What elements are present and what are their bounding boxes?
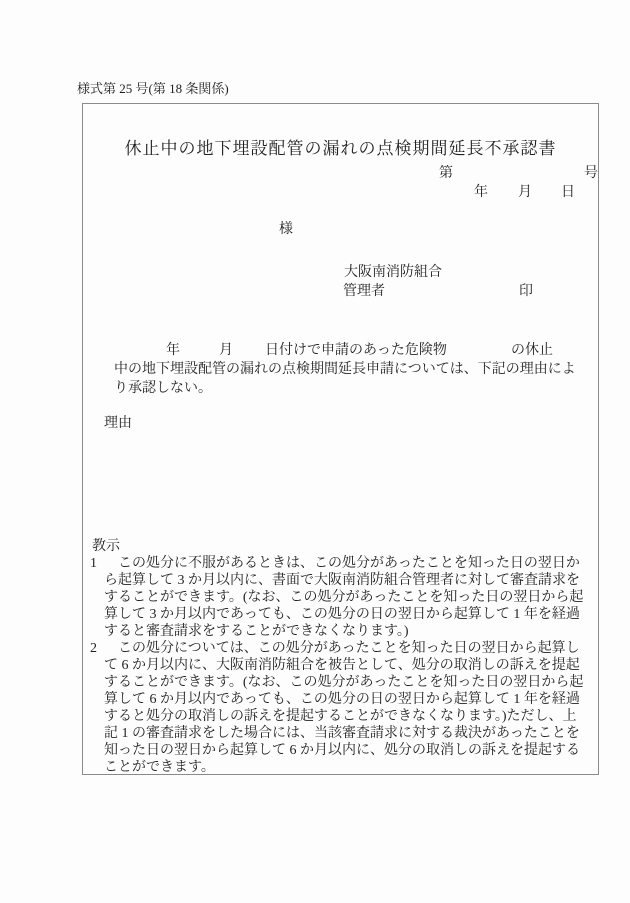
notice-item-1-line-1: 1 この処分に不服があるときは、この処分があったことを知った日の翌日か [83,555,600,572]
notice-item-2-line-8: ことができます。 [83,759,600,776]
notice-item-2-marker: 2 [90,640,97,657]
appeal-notice-section: 教示 1 この処分に不服があるときは、この処分があったことを知った日の翌日か ら… [83,538,600,776]
notice-item-1-marker: 1 [90,555,97,572]
document-title: 休止中の地下埋設配管の漏れの点検期間延長不承認書 [83,134,598,159]
issue-date-month-label: 月 [518,185,532,201]
doc-number-prefix: 第 [439,166,453,182]
notice-item-2-text: この処分については、この処分があったことを知った日の翌日から起算し [83,640,600,657]
notice-item-2-line-4: 算して 6 か月以内であっても、この処分の日の翌日から起算して 1 年を経過 [83,691,600,708]
notice-item-1-line-3: することができます。(なお、この処分があったことを知った日の翌日から起 [83,589,600,606]
body-line3-text: り承認しない。 [114,381,212,397]
notice-heading: 教示 [83,538,600,555]
notice-item-2-line-7: 知った日の翌日から起算して 6 か月以内に、処分の取消しの訴えを提起する [83,742,600,759]
addressee-honorific: 様 [279,222,293,238]
notice-item-1-text: この処分に不服があるときは、この処分があったことを知った日の翌日か [83,555,600,572]
notice-item-2-line-3: することができます。(なお、この処分があったことを知った日の翌日から起 [83,674,600,691]
document-frame: 休止中の地下埋設配管の漏れの点検期間延長不承認書 第 号 年 月 日 様 大阪南… [82,103,599,775]
notice-item-2-line-6: 記 1 の審査請求をした場合には、当該審査請求に対する裁決があったことを [83,725,600,742]
form-number-label: 様式第 25 号(第 18 条関係) [77,81,229,97]
notice-item-1-line-2: ら起算して 3 か月以内に、書面で大阪南消防組合管理者に対して審査請求を [83,572,600,589]
issue-date-year-label: 年 [474,185,488,201]
notice-item-1-line-4: 算して 3 か月以内であっても、この処分の日の翌日から起算して 1 年を経過 [83,606,600,623]
notice-item-2-line-2: て 6 か月以内に、大阪南消防組合を被告として、処分の取消しの訴えを提起 [83,657,600,674]
issuer-role: 管理者 [343,284,385,300]
body-date-year-label: 年 [166,343,180,359]
body-line1-text: 日付けで申請のあった危険物 [265,343,447,359]
issuer-organization: 大阪南消防組合 [344,265,442,281]
issuer-seal-mark: 印 [519,284,533,300]
document-page: 様式第 25 号(第 18 条関係) 休止中の地下埋設配管の漏れの点検期間延長不… [0,0,630,903]
body-line2-text: 中の地下埋設配管の漏れの点検期間延長申請については、下記の理由によ [114,362,576,378]
body-date-month-label: 月 [219,343,233,359]
doc-number-suffix: 号 [584,166,598,182]
notice-item-1-line-5: すると審査請求をすることができなくなります。) [83,623,600,640]
notice-item-2-line-1: 2 この処分については、この処分があったことを知った日の翌日から起算し [83,640,600,657]
notice-item-2-line-5: すると処分の取消しの訴えを提起することができなくなります。)ただし、上 [83,708,600,725]
issue-date-day-label: 日 [561,185,575,201]
reason-label: 理由 [104,416,132,432]
body-line1-tail-text: の休止 [511,343,553,359]
